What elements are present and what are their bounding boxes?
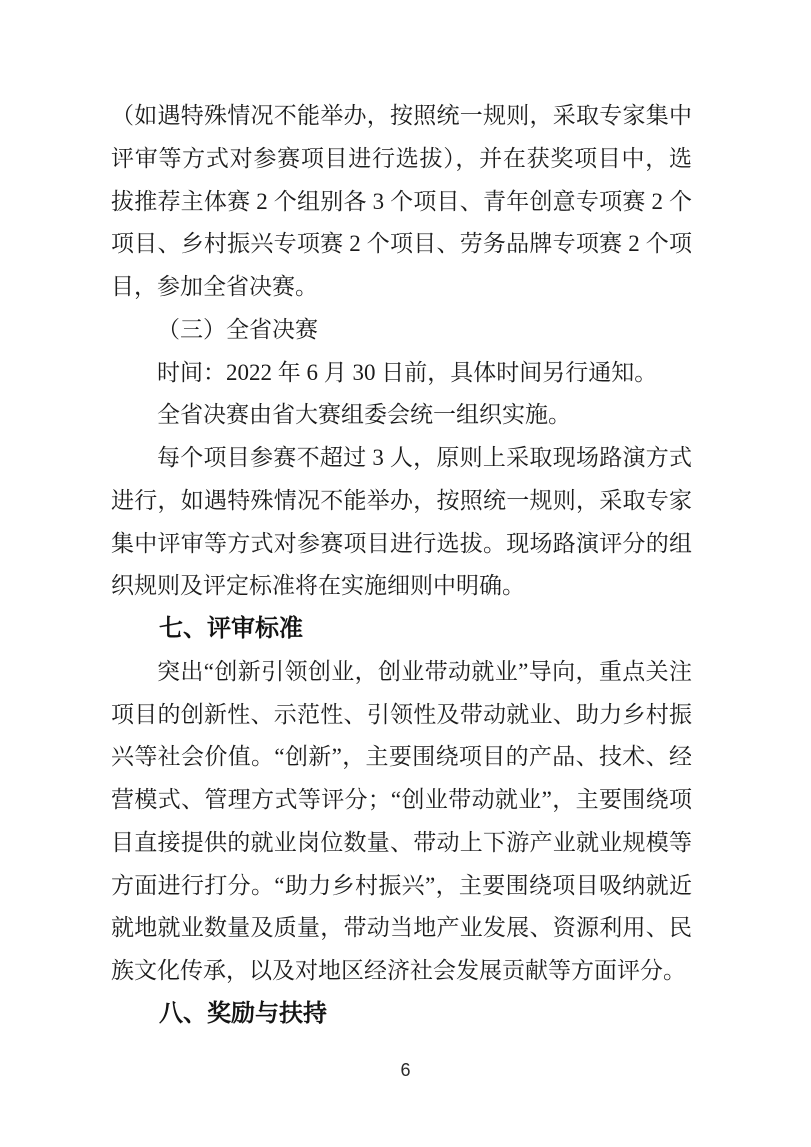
paragraph-final-format: 每个项目参赛不超过 3 人，原则上采取现场路演方式进行，如遇特殊情况不能举办，按… — [111, 437, 692, 608]
heading-review-criteria: 七、评审标准 — [111, 608, 692, 651]
heading-rewards-and-support: 八、奖励与扶持 — [111, 993, 692, 1036]
page-number: 6 — [0, 1060, 811, 1081]
paragraph-selection-rules: （如遇特殊情况不能举办，按照统一规则，采取专家集中评审等方式对参赛项目进行选拔）… — [111, 95, 692, 309]
paragraph-review-criteria-detail: 突出“创新引领创业，创业带动就业”导向，重点关注项目的创新性、示范性、引领性及带… — [111, 651, 692, 993]
document-body: （如遇特殊情况不能举办，按照统一规则，采取专家集中评审等方式对参赛项目进行选拔）… — [111, 95, 692, 1036]
paragraph-final-organizer: 全省决赛由省大赛组委会统一组织实施。 — [111, 394, 692, 437]
document-page: （如遇特殊情况不能举办，按照统一规则，采取专家集中评审等方式对参赛项目进行选拔）… — [0, 0, 811, 1147]
subheading-provincial-final: （三）全省决赛 — [111, 309, 692, 352]
paragraph-final-time: 时间：2022 年 6 月 30 日前，具体时间另行通知。 — [111, 352, 692, 395]
